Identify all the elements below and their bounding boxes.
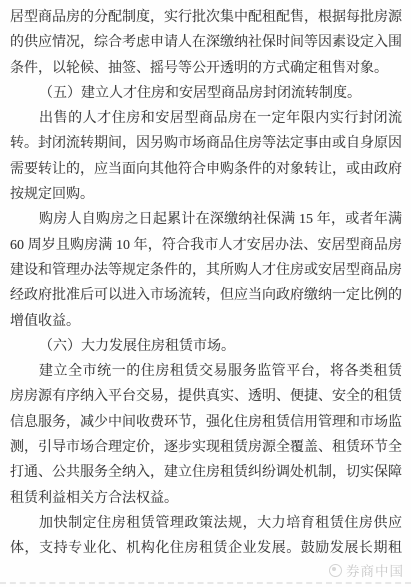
document-page: 居型商品房的分配制度，实行批次集中配租配售，根据每批房源 的供应情况，综合考虑申… xyxy=(0,0,411,587)
document-line: 的供应情况，综合考虑申请人在深缴纳社保时间等因素设定入围 xyxy=(10,30,402,55)
document-line: 打通、公共服务全纳入，建立住房租赁纠纷调处机制，切实保障 xyxy=(10,460,402,485)
document-line: 租赁利益相关方合法权益。 xyxy=(10,486,402,511)
document-line: 房房源有序纳入平台交易，提供真实、透明、便捷、安全的租赁 xyxy=(10,384,402,409)
document-line: 60 周岁且购房满 10 年，符合我市人才安居办法、安居型商品房 xyxy=(10,233,402,258)
watermark-label: 券商中国 xyxy=(346,560,404,580)
document-line: 信息服务，减少中间收费环节，强化住房租赁信用管理和市场监 xyxy=(10,410,402,435)
document-line: 条件，以轮候、抽签、摇号等公开透明的方式确定租售对象。 xyxy=(10,56,402,81)
document-line: 增值收益。 xyxy=(10,309,402,334)
document-line: 需要转让的，应当面向其他符合申购条件的对象转让，或由政府 xyxy=(10,157,402,182)
document-line: 居型商品房的分配制度，实行批次集中配租配售，根据每批房源 xyxy=(10,5,402,30)
document-line: 出售的人才住房和安居型商品房在一定年限内实行封闭流 xyxy=(10,106,402,131)
document-line: 转。封闭流转期间，因另购市场商品住房等法定事由或自身原因 xyxy=(10,131,402,156)
document-line: 经政府批准后可以进入市场流转，但应当向政府缴纳一定比例的 xyxy=(10,283,402,308)
brokerage-china-logo-icon xyxy=(329,564,342,577)
document-line: 建立全市统一的住房租赁交易服务监管平台，将各类租赁住 xyxy=(10,359,402,384)
document-line: 测，引导市场合理定价，逐步实现租赁房源全覆盖、租赁环节全 xyxy=(10,435,402,460)
bottom-dashed-divider xyxy=(0,582,411,584)
watermark: 券商中国 xyxy=(329,560,404,580)
document-line: 建设和管理办法等规定条件的，其所购人才住房或安居型商品房 xyxy=(10,258,402,283)
section-heading-line: （五）建立人才住房和安居型商品房封闭流转制度。 xyxy=(10,81,402,106)
document-line: 体，支持专业化、机构化住房租赁企业发展。鼓励发展长期租赁， xyxy=(10,536,402,561)
section-heading-line: （六）大力发展住房租赁市场。 xyxy=(10,334,402,359)
document-line: 购房人自购房之日起累计在深缴纳社保满 15 年，或者年满 xyxy=(10,207,402,232)
document-line: 按规定回购。 xyxy=(10,182,402,207)
document-line: 加快制定住房租赁管理政策法规，大力培育租赁住房供应主 xyxy=(10,511,402,536)
policy-text-body: 居型商品房的分配制度，实行批次集中配租配售，根据每批房源 的供应情况，综合考虑申… xyxy=(10,5,402,562)
